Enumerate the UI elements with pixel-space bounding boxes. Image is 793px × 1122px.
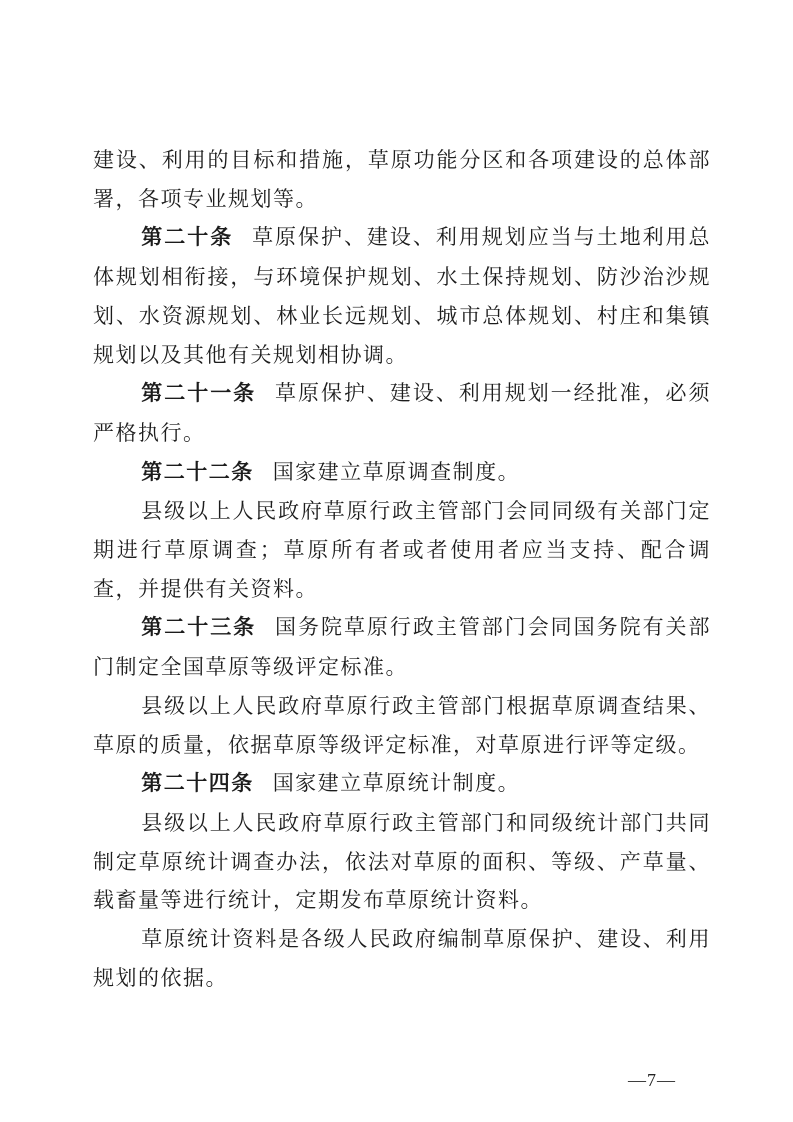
article-paragraph: 第二十四条国家建立草原统计制度。 (93, 764, 711, 804)
article-paragraph: 第二十一条草原保护、建设、利用规划一经批准，必须严格执行。 (93, 374, 711, 452)
document-page: 建设、利用的目标和措施，草原功能分区和各项建设的总体部署，各项专业规划等。第二十… (0, 0, 793, 1122)
paragraph-text: 国家建立草原统计制度。 (273, 771, 521, 795)
document-body: 建设、利用的目标和措施，草原功能分区和各项建设的总体部署，各项专业规划等。第二十… (93, 141, 711, 997)
body-paragraph: 县级以上人民政府草原行政主管部门和同级统计部门共同制定草原统计调查办法，依法对草… (93, 804, 711, 920)
body-paragraph: 草原统计资料是各级人民政府编制草原保护、建设、利用规划的依据。 (93, 920, 711, 997)
article-number: 第二十四条 (141, 772, 254, 795)
article-paragraph: 第二十二条国家建立草原调查制度。 (93, 453, 711, 493)
body-paragraph: 县级以上人民政府草原行政主管部门会同同级有关部门定期进行草原调查；草原所有者或者… (93, 492, 711, 608)
paragraph-text: 建设、利用的目标和措施，草原功能分区和各项建设的总体部署，各项专业规划等。 (93, 148, 711, 211)
article-number: 第二十二条 (141, 461, 254, 484)
paragraph-text: 县级以上人民政府草原行政主管部门根据草原调查结果、草原的质量，依据草原等级评定标… (93, 694, 711, 757)
page-number: —7— (628, 1070, 676, 1091)
article-paragraph: 第二十三条国务院草原行政主管部门会同国务院有关部门制定全国草原等级评定标准。 (93, 608, 711, 686)
article-paragraph: 第二十条草原保护、建设、利用规划应当与土地利用总体规划相衔接，与环境保护规划、水… (93, 218, 711, 374)
paragraph-text: 国家建立草原调查制度。 (273, 460, 521, 484)
article-number: 第二十条 (141, 226, 233, 249)
paragraph-text: 县级以上人民政府草原行政主管部门和同级统计部门共同制定草原统计调查办法，依法对草… (93, 811, 711, 912)
body-paragraph: 县级以上人民政府草原行政主管部门根据草原调查结果、草原的质量，依据草原等级评定标… (93, 687, 711, 764)
paragraph-text: 草原统计资料是各级人民政府编制草原保护、建设、利用规划的依据。 (93, 927, 711, 990)
body-paragraph: 建设、利用的目标和措施，草原功能分区和各项建设的总体部署，各项专业规划等。 (93, 141, 711, 218)
article-number: 第二十一条 (141, 382, 256, 405)
article-number: 第二十三条 (141, 616, 256, 639)
paragraph-text: 县级以上人民政府草原行政主管部门会同同级有关部门定期进行草原调查；草原所有者或者… (93, 499, 711, 600)
